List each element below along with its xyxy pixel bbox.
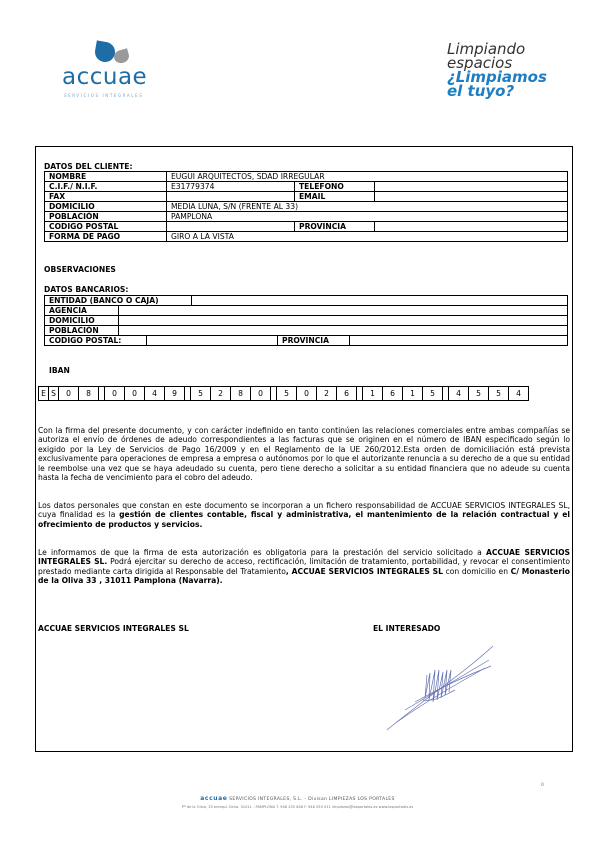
bank-row-poblacion: POBLACIÓN xyxy=(45,326,568,336)
domicilio-field[interactable]: MEDIA LUNA, S/N (FRENTE AL 33) xyxy=(167,202,568,212)
rights-text-3: con domicilio en xyxy=(443,567,511,576)
logo-wordmark: accuae xyxy=(62,64,147,90)
client-row-cp: CODIGO POSTAL PROVINCIA xyxy=(45,222,568,232)
bank-table: ENTIDAD (BANCO O CAJA) AGENCIA DOMICILIO… xyxy=(44,295,568,346)
bank-row-entidad: ENTIDAD (BANCO O CAJA) xyxy=(45,296,568,306)
bank-provincia-label: PROVINCIA xyxy=(278,336,350,346)
iban-digit-cell[interactable]: 5 xyxy=(488,386,509,401)
iban-digit-cell[interactable]: 0 xyxy=(104,386,125,401)
email-field[interactable] xyxy=(375,192,568,202)
fax-field[interactable] xyxy=(167,192,295,202)
pago-field[interactable]: GIRO A LA VISTA xyxy=(167,232,568,242)
iban-digit-cell[interactable]: 6 xyxy=(382,386,403,401)
email-label: EMAIL xyxy=(295,192,375,202)
slogan: Limpiando espacios ¿Limpiamos el tuyo? xyxy=(447,42,567,98)
iban-digit-cell[interactable]: 0 xyxy=(58,386,79,401)
client-row-nombre: NOMBRE EUGUI ARQUITECTOS, SDAD IRREGULAR xyxy=(45,172,568,182)
cif-label: C.I.F./ N.I.F. xyxy=(45,182,167,192)
iban-digit-cell[interactable]: 6 xyxy=(336,386,357,401)
bank-cp-label: CODIGO POSTAL: xyxy=(45,336,147,346)
iban-digit-cell[interactable]: 8 xyxy=(230,386,251,401)
rights-paragraph: Le informamos de que la firma de esta au… xyxy=(38,548,570,586)
pago-label: FORMA DE PAGO xyxy=(45,232,167,242)
iban-digit-cell[interactable]: 1 xyxy=(362,386,383,401)
telefono-label: TELEFONO xyxy=(295,182,375,192)
iban-digit-cell[interactable]: 1 xyxy=(402,386,423,401)
bank-cp-field[interactable] xyxy=(147,336,278,346)
bank-domicilio-field[interactable] xyxy=(119,316,568,326)
iban-digit-cell[interactable]: 0 xyxy=(124,386,145,401)
logo-subtitle: SERVICIOS INTEGRALES xyxy=(64,93,143,98)
provincia-field[interactable] xyxy=(375,222,568,232)
nombre-label: NOMBRE xyxy=(45,172,167,182)
handwritten-signature-icon xyxy=(385,640,495,735)
entidad-label: ENTIDAD (BANCO O CAJA) xyxy=(45,296,192,306)
rights-company-2: , ACCUAE SERVICIOS INTEGRALES SL xyxy=(286,567,443,576)
agencia-field[interactable] xyxy=(119,306,568,316)
iban-digit-cell[interactable]: 5 xyxy=(276,386,297,401)
privacy-paragraph: Los datos personales que constan en este… xyxy=(38,501,570,529)
iban-digit-cell[interactable]: 2 xyxy=(316,386,337,401)
nombre-field[interactable]: EUGUI ARQUITECTOS, SDAD IRREGULAR xyxy=(167,172,568,182)
footer-brand: accuae xyxy=(200,795,227,802)
iban-digit-cell[interactable]: 2 xyxy=(210,386,231,401)
client-table: NOMBRE EUGUI ARQUITECTOS, SDAD IRREGULAR… xyxy=(44,171,568,242)
interesado-signature-label: EL INTERESADO xyxy=(373,624,440,633)
domicilio-label: DOMICILIO xyxy=(45,202,167,212)
logo-drop-blue-icon xyxy=(93,40,116,63)
iban-digit-cell[interactable]: 5 xyxy=(190,386,211,401)
slogan-line-4: el tuyo? xyxy=(447,84,567,98)
iban-digit-cell[interactable]: 5 xyxy=(422,386,443,401)
footer-company-line: accuae SERVICIOS INTEGRALES, S.L. - Divi… xyxy=(0,795,595,802)
poblacion-field[interactable]: PAMPLONA xyxy=(167,212,568,222)
iban-digit-cell[interactable]: 0 xyxy=(250,386,271,401)
mandate-paragraph: Con la firma del presente documento, y c… xyxy=(38,426,570,482)
bank-domicilio-label: DOMICILIO xyxy=(45,316,119,326)
bank-provincia-field[interactable] xyxy=(350,336,568,346)
client-row-pago: FORMA DE PAGO GIRO A LA VISTA xyxy=(45,232,568,242)
client-row-fax: FAX EMAIL xyxy=(45,192,568,202)
bank-section-title: DATOS BANCARIOS: xyxy=(44,285,128,294)
client-section-title: DATOS DEL CLIENTE: xyxy=(44,162,133,171)
telefono-field[interactable] xyxy=(375,182,568,192)
bank-row-domicilio: DOMICILIO xyxy=(45,316,568,326)
page-mark: 0 xyxy=(541,783,544,788)
poblacion-label: POBLACIÓN xyxy=(45,212,167,222)
iban-digit-cell[interactable]: 8 xyxy=(78,386,99,401)
iban-title: IBAN xyxy=(49,366,70,375)
iban-digit-cell[interactable]: 9 xyxy=(164,386,185,401)
cp-label: CODIGO POSTAL xyxy=(45,222,167,232)
rights-text-1: Le informamos de que la firma de esta au… xyxy=(38,548,486,557)
entidad-field[interactable] xyxy=(192,296,568,306)
iban-digit-cell[interactable]: 0 xyxy=(296,386,317,401)
fax-label: FAX xyxy=(45,192,167,202)
client-row-domicilio: DOMICILIO MEDIA LUNA, S/N (FRENTE AL 33) xyxy=(45,202,568,212)
agencia-label: AGENCIA xyxy=(45,306,119,316)
cif-field[interactable]: E31779374 xyxy=(167,182,295,192)
bank-row-cp: CODIGO POSTAL: PROVINCIA xyxy=(45,336,568,346)
cp-field[interactable] xyxy=(167,222,295,232)
footer-company-text: SERVICIOS INTEGRALES, S.L. - Divisan LIM… xyxy=(227,797,394,802)
provincia-label: PROVINCIA xyxy=(295,222,375,232)
iban-digit-cell[interactable]: 4 xyxy=(448,386,469,401)
observaciones-title: OBSERVACIONES xyxy=(44,265,116,274)
bank-row-agencia: AGENCIA xyxy=(45,306,568,316)
logo-drop-grey-icon xyxy=(113,48,131,64)
iban-digit-cell[interactable]: 4 xyxy=(508,386,529,401)
footer-address-line: Pº de la Oliva, 33 entrepl. Dcha. 31011 … xyxy=(0,805,595,809)
bank-poblacion-field[interactable] xyxy=(119,326,568,336)
iban-digit-cell[interactable]: 5 xyxy=(468,386,489,401)
accuae-logo: accuae SERVICIOS INTEGRALES xyxy=(60,40,180,100)
company-signature-label: ACCUAE SERVICIOS INTEGRALES SL xyxy=(38,624,189,633)
bank-poblacion-label: POBLACIÓN xyxy=(45,326,119,336)
client-row-cif: C.I.F./ N.I.F. E31779374 TELEFONO xyxy=(45,182,568,192)
iban-field[interactable]: ES0800495280502616154554 xyxy=(39,386,529,401)
iban-digit-cell[interactable]: 4 xyxy=(144,386,165,401)
client-row-poblacion: POBLACIÓN PAMPLONA xyxy=(45,212,568,222)
